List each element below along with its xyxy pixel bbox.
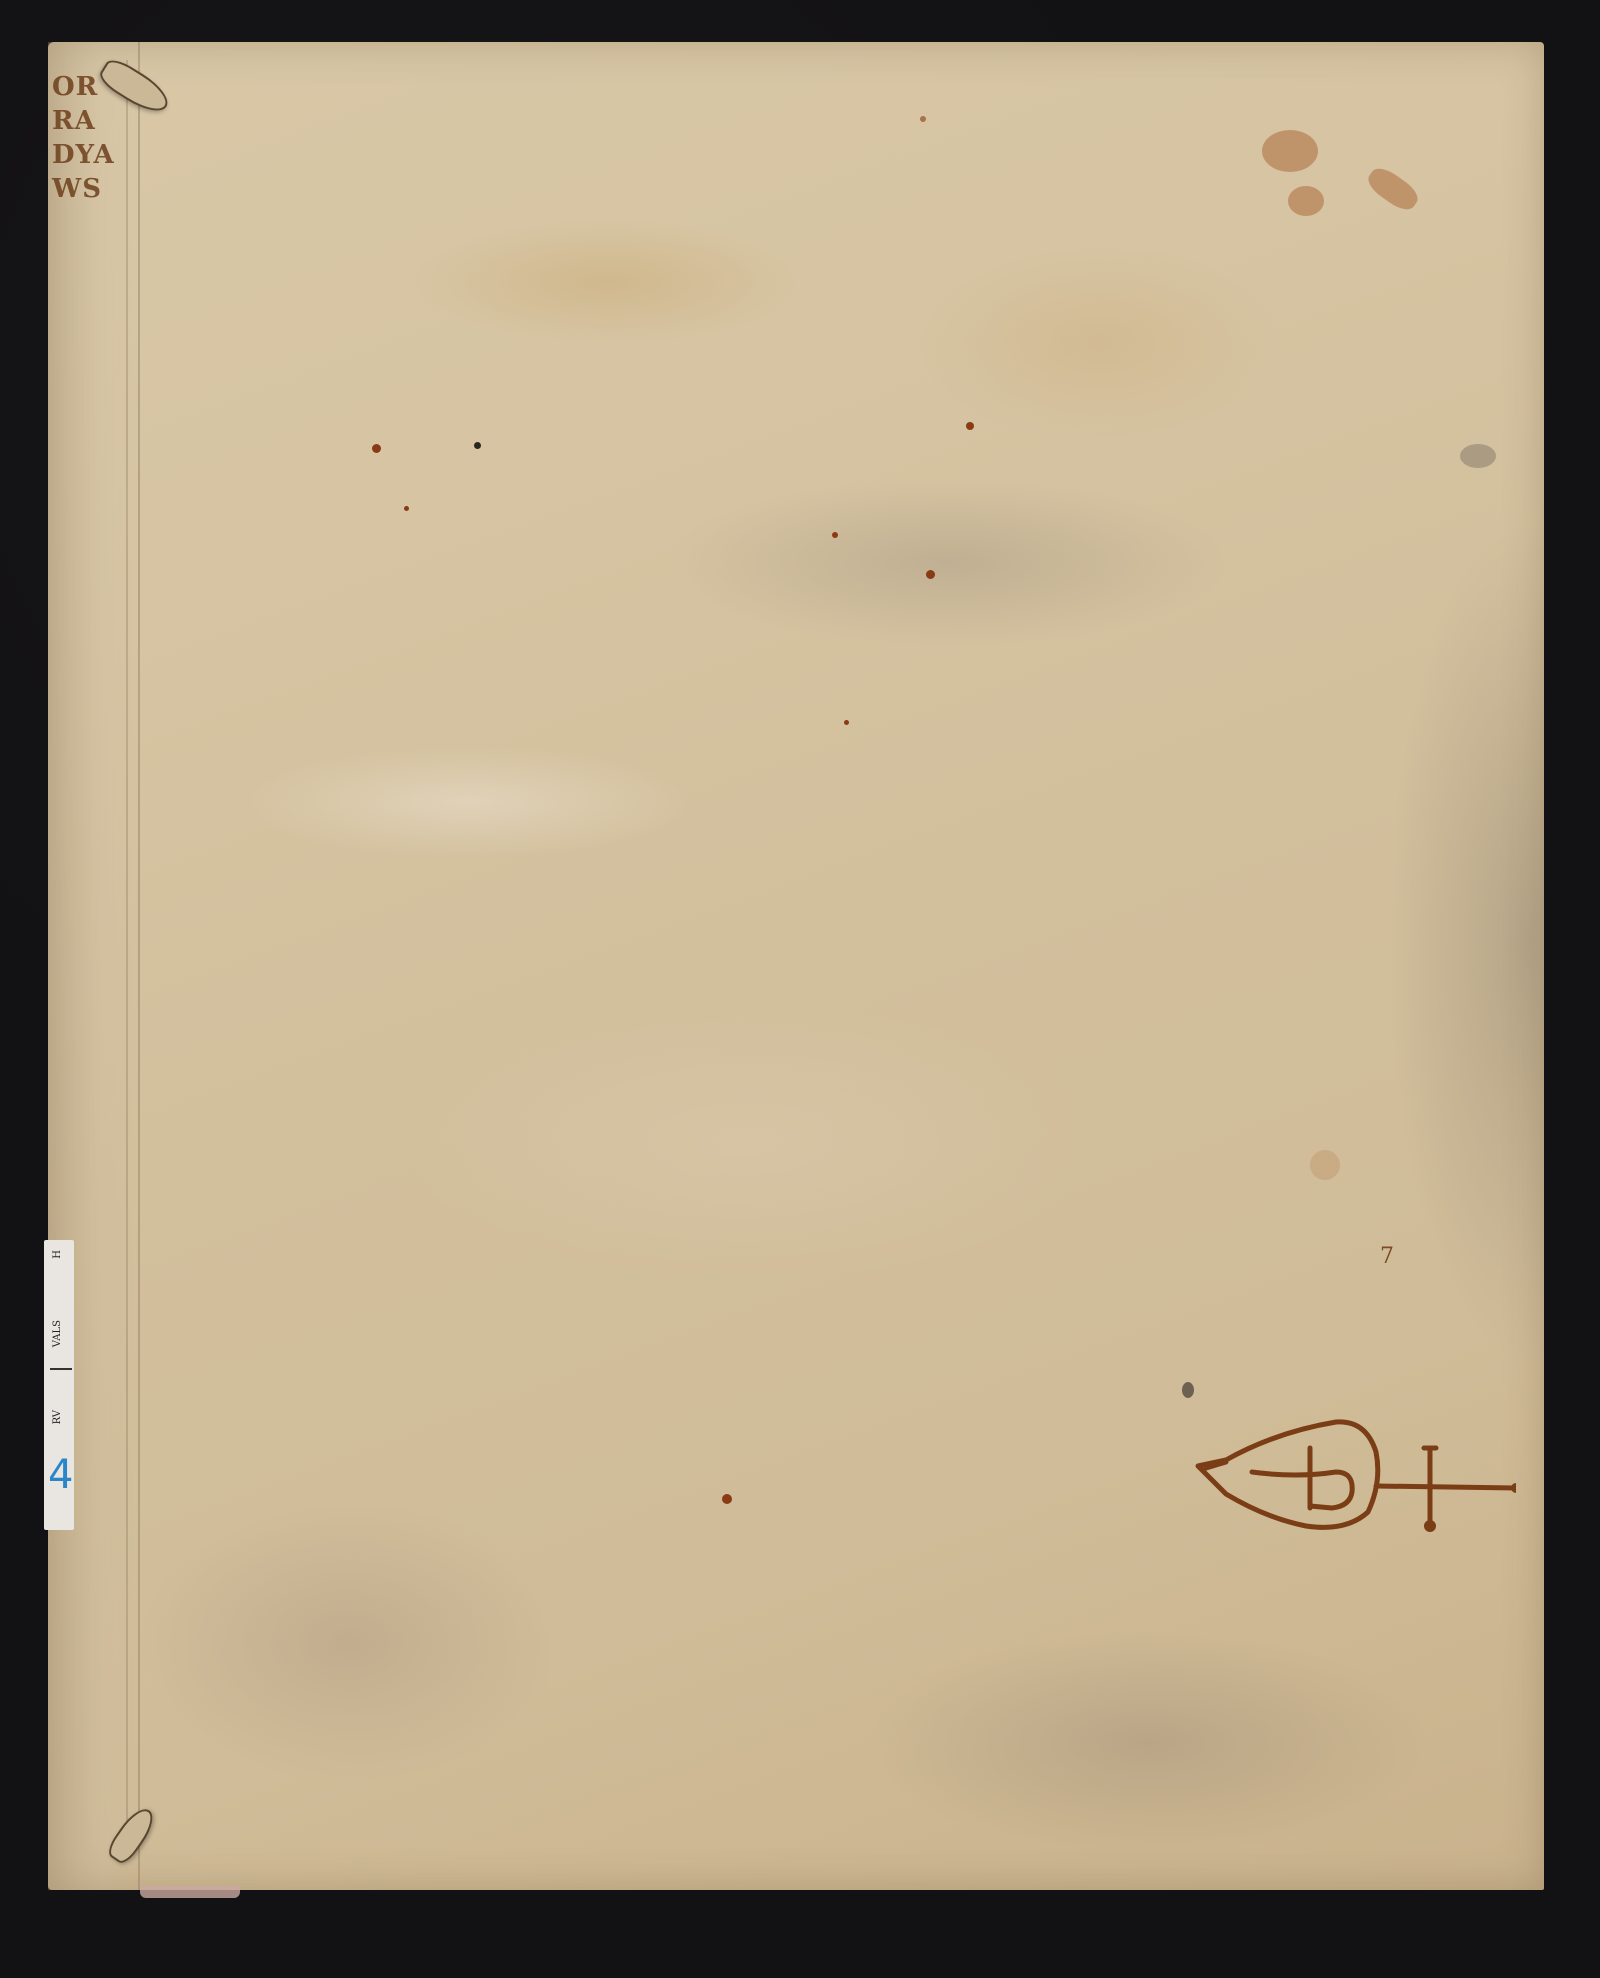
speck [832,532,838,538]
speck [926,570,935,579]
label-number: 4 [48,1452,73,1498]
stain [1288,186,1324,216]
corner-inscription: 7 [1380,1244,1394,1269]
stain [1310,1150,1340,1180]
label-rule [50,1368,72,1370]
speck [404,506,409,511]
spine-inscription: OR RA DYA WS [52,70,92,206]
wormhole [474,442,481,449]
vellum-cover [48,42,1544,1890]
owners-monogram-mark [1186,1402,1516,1542]
speck [844,720,849,725]
speck [920,116,926,122]
speck [966,422,974,430]
wormhole [1182,1382,1194,1398]
shelf-label: H VALS RV 4 [44,1240,74,1530]
speck [372,444,381,453]
surface-damage [1460,444,1496,468]
label-line-3: RV [52,1410,63,1424]
label-line-2: VALS [52,1320,63,1347]
label-line-1: H [52,1250,63,1259]
speck [722,1494,732,1504]
spine-fold-line [126,60,128,1840]
stain [1262,130,1318,172]
endpaper-edge [140,1886,240,1898]
